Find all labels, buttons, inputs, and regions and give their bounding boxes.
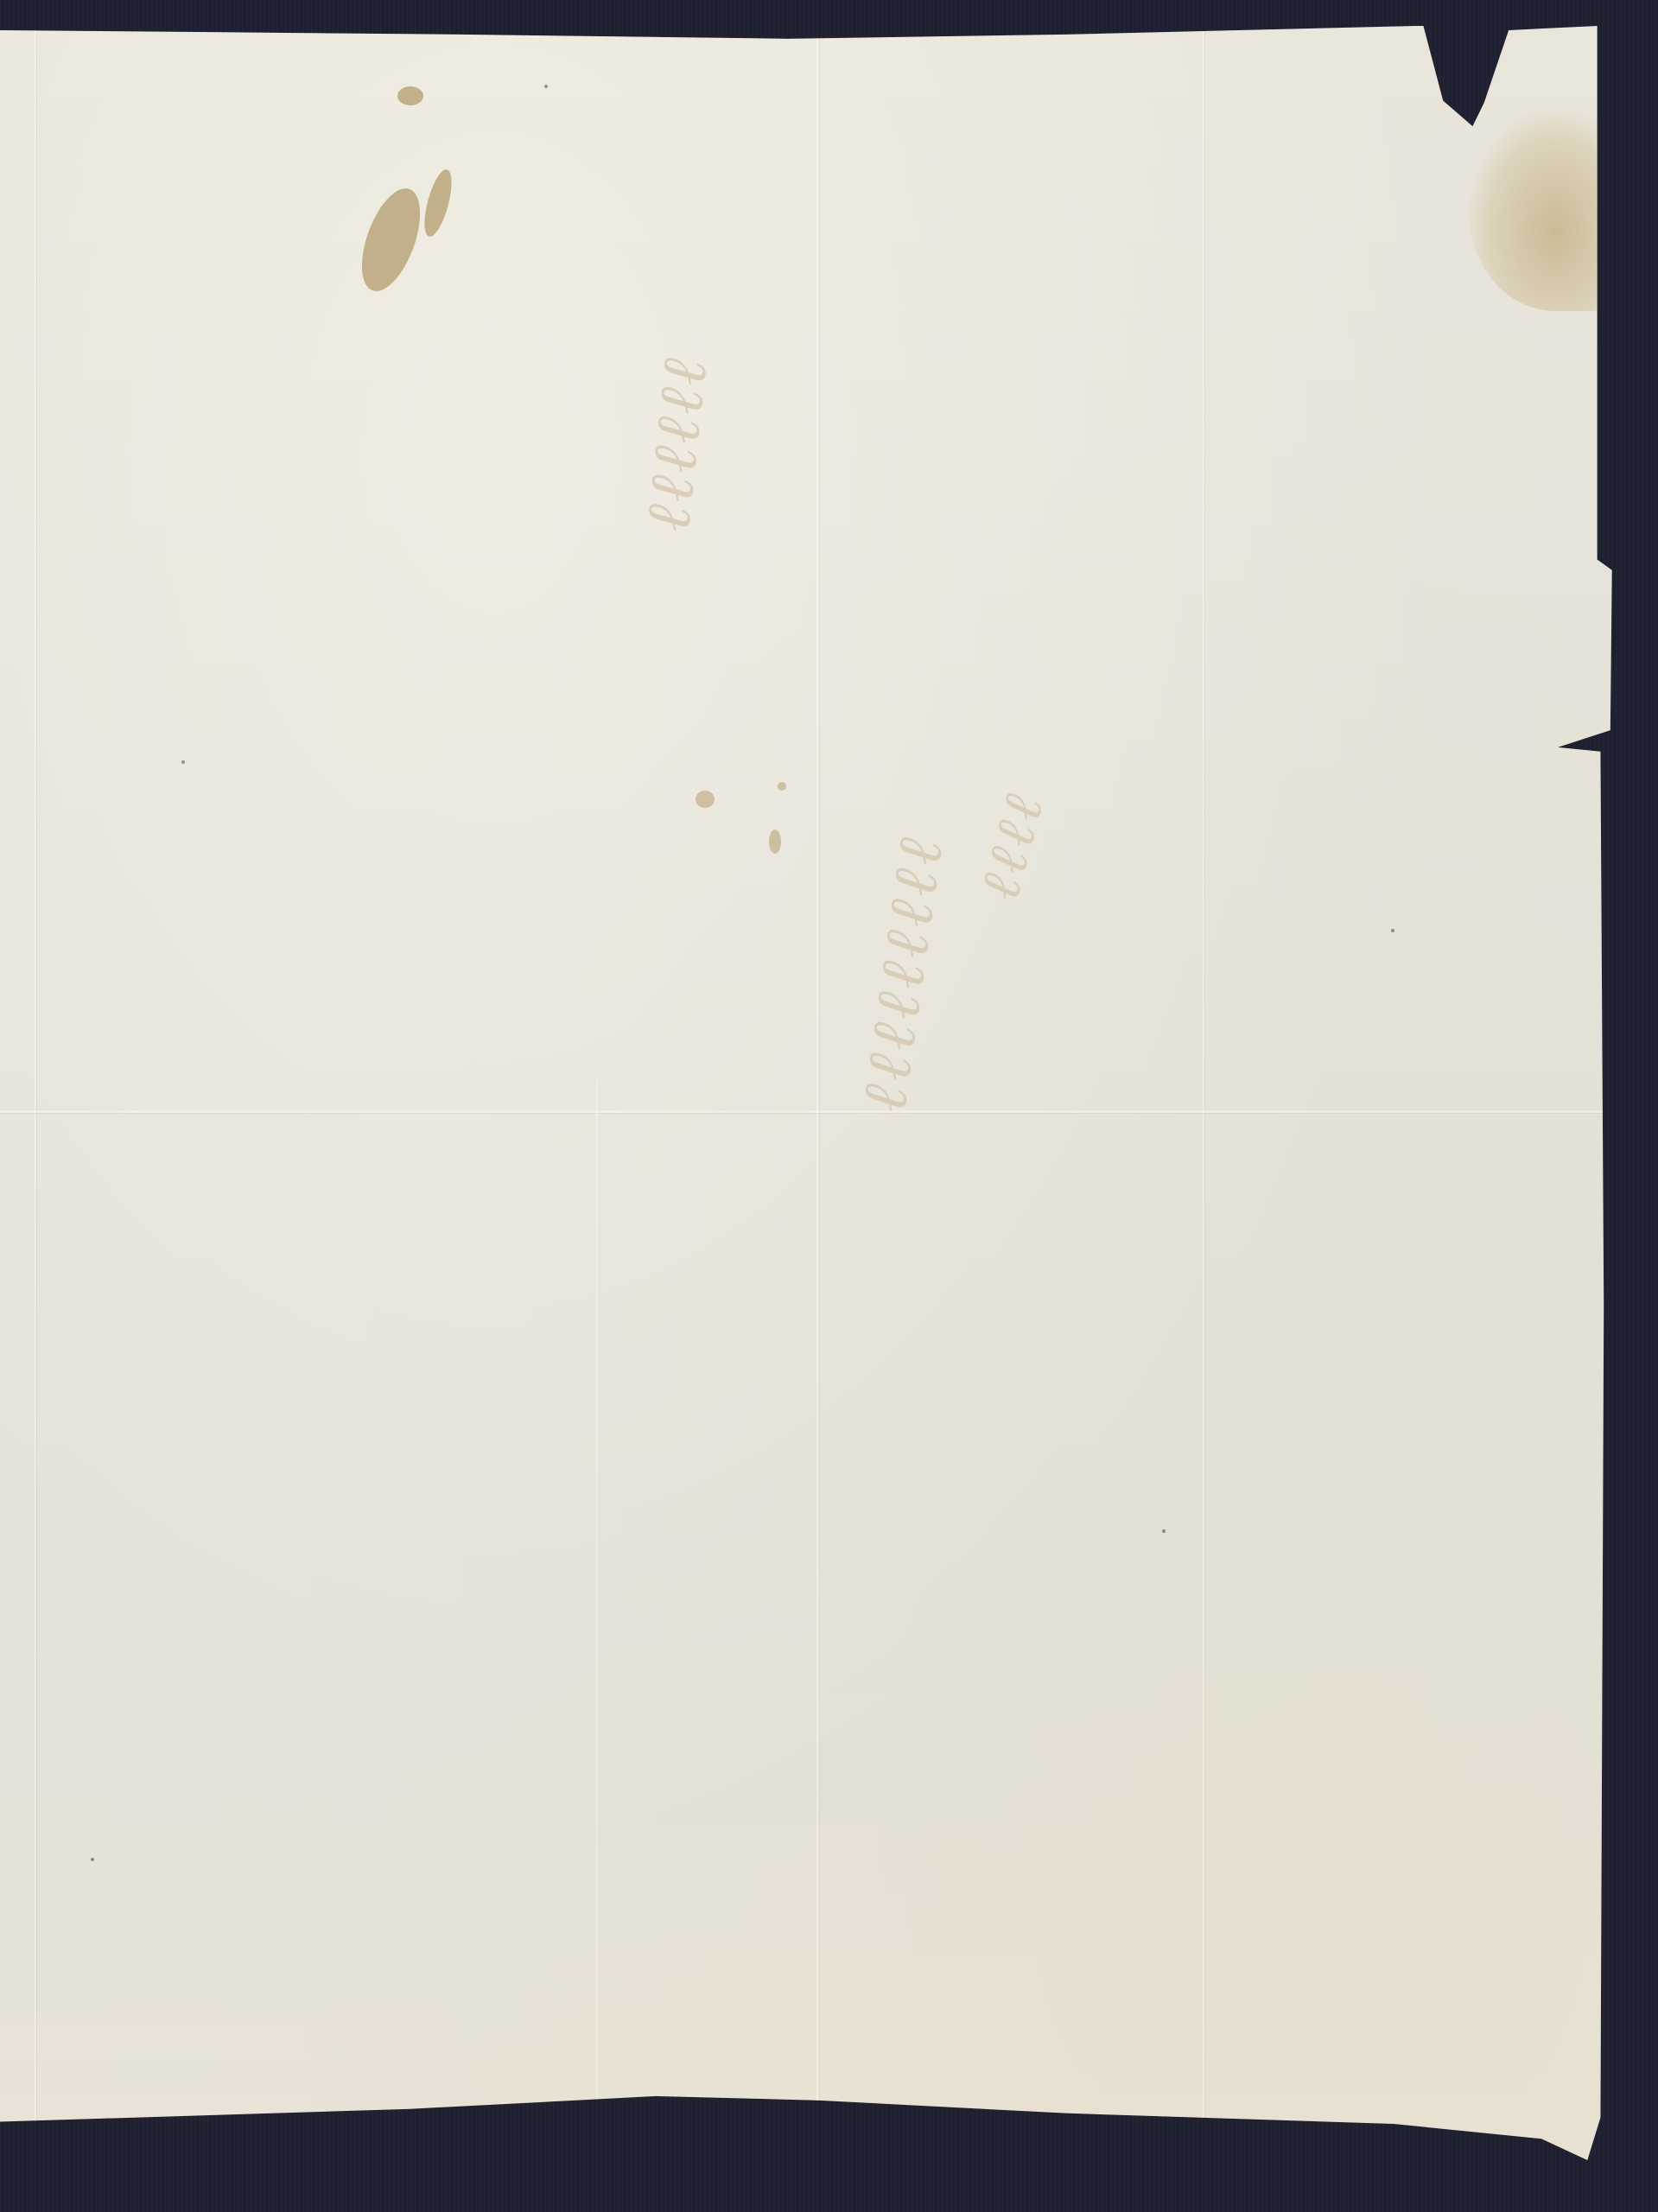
speck bbox=[181, 760, 185, 764]
ink-spot bbox=[696, 791, 715, 808]
speck bbox=[544, 85, 548, 88]
bleed-through-script: ℓℓℓℓℓℓ bbox=[631, 352, 722, 535]
fold-line-lower bbox=[596, 1080, 598, 2160]
speck bbox=[1162, 1529, 1166, 1533]
fold-line-left bbox=[35, 26, 36, 2160]
fold-line-center bbox=[816, 26, 819, 2160]
speck bbox=[91, 1858, 94, 1861]
speck bbox=[1391, 929, 1394, 932]
paper-sheet: ℓℓℓℓℓℓ ℓℓℓℓℓℓℓℓℓ ℓℓℓℓ bbox=[0, 26, 1640, 2160]
ink-spot bbox=[769, 829, 781, 854]
fold-line-horizontal bbox=[0, 1110, 1640, 1113]
fold-line-right bbox=[1203, 26, 1204, 2160]
ink-stain bbox=[419, 167, 457, 238]
ink-stain bbox=[350, 181, 431, 298]
bleed-through-script: ℓℓℓℓℓℓℓℓℓ bbox=[847, 829, 958, 1116]
ink-spot bbox=[778, 782, 786, 791]
bleed-through-script: ℓℓℓℓ bbox=[968, 785, 1058, 906]
ink-stain bbox=[397, 86, 423, 105]
